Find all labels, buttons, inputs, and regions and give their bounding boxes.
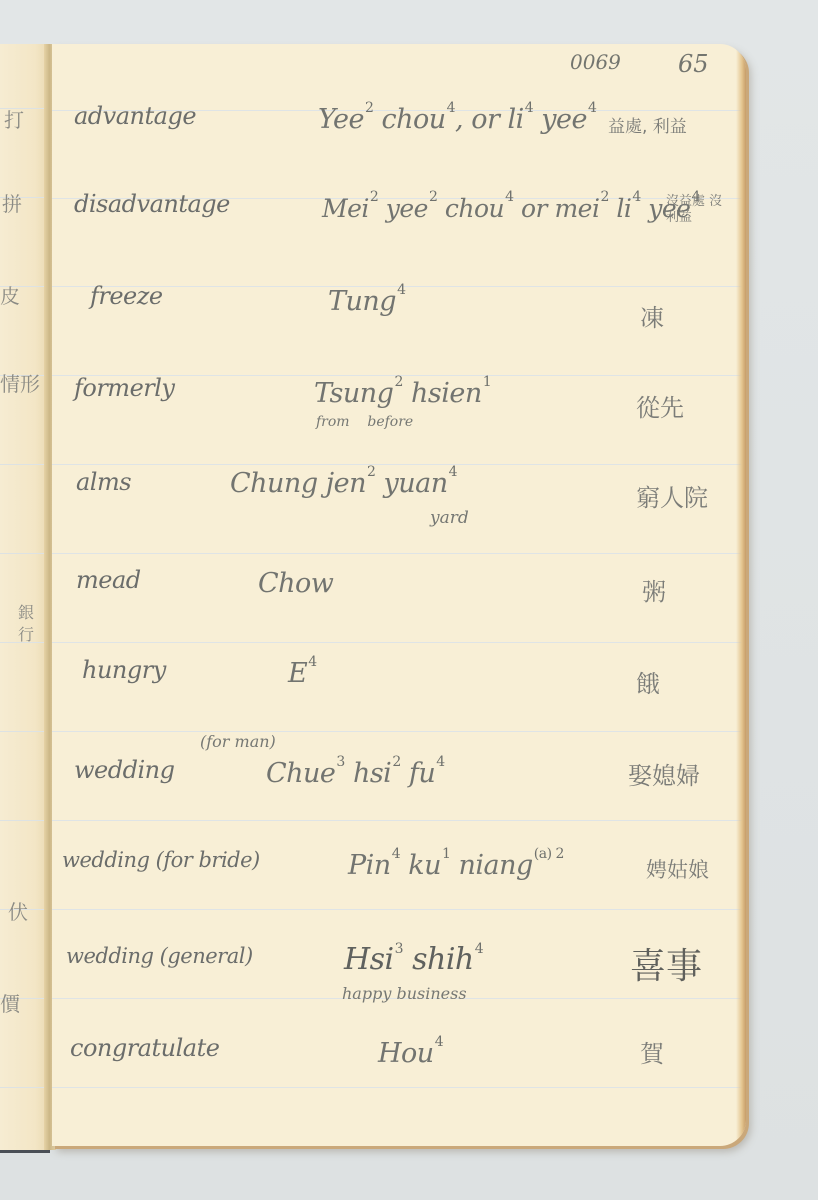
left-page-character: 行 — [18, 622, 34, 645]
romanization: Tung4 — [328, 286, 406, 317]
tone-mark: 2 — [367, 464, 375, 480]
english-note: (for man) — [200, 732, 276, 751]
tone-mark: (a) 2 — [534, 846, 564, 862]
tone-mark: 4 — [449, 464, 457, 480]
tone-mark: 4 — [475, 941, 483, 957]
romanization: Pin4 ku1 niang(a) 2 — [348, 850, 564, 881]
chinese-characters: 窮人院 — [636, 478, 708, 513]
left-page-character: 銀 — [18, 600, 34, 623]
ruled-line — [0, 731, 50, 732]
left-page-character: 伏 — [8, 896, 28, 925]
tone-mark: 4 — [447, 100, 455, 116]
romanization: Mei2 yee2 chou4 or mei2 li4 yee4 — [322, 194, 700, 223]
chinese-characters: 娶媳婦 — [628, 756, 700, 791]
english-term: freeze — [90, 282, 163, 310]
literal-gloss: yard — [430, 508, 469, 528]
romanization: Hou4 — [378, 1038, 443, 1069]
left-page-fragment: 打 拼 皮 情形 銀 行 伏 價 — [0, 44, 50, 1153]
ruled-line — [0, 553, 50, 554]
tone-mark: 4 — [308, 654, 316, 670]
romanization: Hsi3 shih4 — [344, 942, 483, 977]
left-page-character: 情形 — [0, 368, 40, 397]
english-term: alms — [76, 468, 131, 496]
tone-mark: 4 — [397, 282, 405, 298]
english-term: advantage — [74, 102, 196, 130]
ruled-line — [52, 553, 746, 554]
romanization: E4 — [288, 658, 317, 689]
english-term: formerly — [74, 374, 174, 402]
english-term: hungry — [82, 656, 166, 684]
romanization: Tsung2 hsien1 — [314, 378, 491, 409]
tone-mark: 1 — [442, 846, 450, 862]
tone-mark: 2 — [370, 189, 378, 205]
tone-mark: 4 — [436, 754, 444, 770]
tone-mark: 4 — [588, 100, 596, 116]
tone-mark: 4 — [505, 189, 513, 205]
ruled-line — [52, 820, 746, 821]
ruled-line — [52, 464, 746, 465]
tone-mark: 2 — [429, 189, 437, 205]
english-term: disadvantage — [74, 190, 230, 218]
chinese-characters: 沒益處 沒利益 — [666, 194, 726, 226]
english-term: wedding (for bride) — [62, 848, 260, 872]
tone-mark: 2 — [365, 100, 373, 116]
literal-gloss: happy business — [342, 984, 467, 1003]
romanization: Chung jen2 yuan4 — [230, 468, 457, 499]
tone-mark: 3 — [395, 941, 403, 957]
chinese-characters: 娉姑娘 — [646, 854, 709, 884]
literal-gloss: from before — [316, 414, 413, 430]
ruled-line — [52, 642, 746, 643]
tone-mark: 4 — [435, 1034, 443, 1050]
chinese-characters: 賀 — [640, 1034, 664, 1069]
ruled-line — [0, 1087, 50, 1088]
english-term: mead — [76, 566, 141, 594]
ruled-line — [52, 731, 746, 732]
tone-mark: 2 — [394, 374, 402, 390]
left-page-character: 打 — [4, 104, 24, 133]
tone-mark: 2 — [392, 754, 400, 770]
archive-number: 0069 — [570, 50, 621, 74]
romanization: Chue3 hsi2 fu4 — [266, 758, 445, 789]
chinese-characters: 益處, 利益 — [608, 112, 687, 137]
ruled-line — [0, 464, 50, 465]
ruled-line — [52, 909, 746, 910]
chinese-characters: 凍 — [640, 298, 664, 333]
tone-mark: 4 — [392, 846, 400, 862]
romanization: Chow — [258, 568, 333, 599]
chinese-characters: 餓 — [636, 664, 660, 699]
tone-mark: 4 — [632, 189, 640, 205]
ruled-line — [52, 1087, 746, 1088]
romanization: Yee2 chou4, or li4 yee4 — [318, 104, 596, 135]
tone-mark: 1 — [483, 374, 491, 390]
left-page-character: 拼 — [2, 188, 22, 217]
page-number: 65 — [678, 50, 709, 78]
english-term: wedding — [74, 756, 174, 784]
english-term: congratulate — [70, 1034, 219, 1062]
left-page-character: 價 — [0, 988, 20, 1017]
tone-mark: 3 — [336, 754, 344, 770]
notebook-page: 0069 65 advantage Yee2 chou4, or li4 yee… — [52, 44, 746, 1146]
chinese-characters: 粥 — [642, 572, 666, 607]
ruled-line — [0, 820, 50, 821]
left-page-character: 皮 — [0, 280, 20, 309]
chinese-characters: 從先 — [636, 388, 684, 423]
tone-mark: 4 — [525, 100, 533, 116]
chinese-characters: 喜事 — [630, 938, 702, 989]
tone-mark: 2 — [600, 189, 608, 205]
english-term: wedding (general) — [66, 944, 253, 968]
